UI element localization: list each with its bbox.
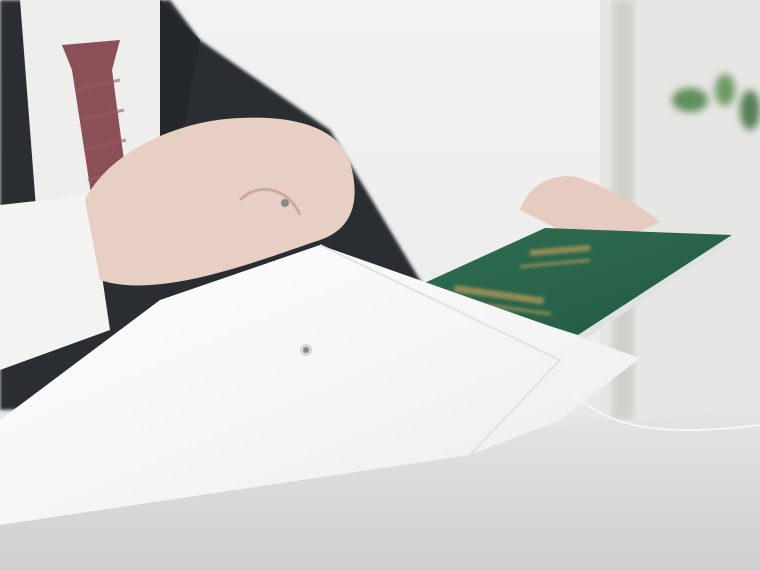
photo-scene	[0, 0, 760, 570]
photo-illustration	[0, 0, 760, 570]
ring	[281, 199, 289, 207]
